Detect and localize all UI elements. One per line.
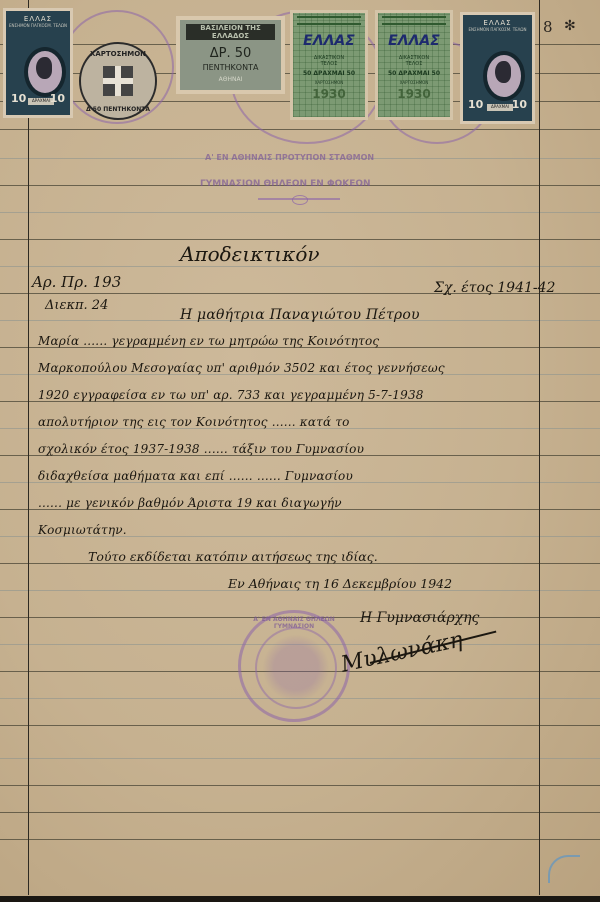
stamp-label: ΔΡΑΧΜΑΙ xyxy=(487,104,513,111)
seal-emblem-icon xyxy=(255,627,337,709)
stamp-value: 10 xyxy=(50,92,65,105)
stamp-country: ΕΛΛΑΣ xyxy=(6,15,70,23)
ruled-line xyxy=(0,758,600,759)
body-line: Μαρία ...... γεγραμμένη εν τω μητρώω της… xyxy=(38,334,379,348)
green-court-stamp-1: ΕΛΛΑΣ ΔΙΚΑΣΤΙΚΟΝ ΤΕΛΟΣ 50 ΔΡΑΧΜΑΙ 50 ΧΑΡ… xyxy=(290,10,368,120)
stamp-text: ΧΑΡΤΟΣΗΜΟΝ xyxy=(378,80,450,85)
stamp-text: ΤΕΛΟΣ xyxy=(293,61,365,67)
stamp-text: 50 ΔΡΑΧΜΑΙ 50 xyxy=(293,70,365,77)
stamp-subtitle: ΕΝΣΗΜΟΝ ΠΑΓΚΟΣΜ. ΤΕΛΩΝ xyxy=(463,27,532,32)
dossier-number: Διεκπ. 24 xyxy=(45,298,108,313)
letterhead-line-1: Α' ΕΝ ΑΘΗΝΑΙΣ ΠΡΟΤΥΠΟΝ ΣΤΑΘΜΟΝ xyxy=(205,153,374,162)
stamp-words: ΠΕΝΤΗΚΟΝΤΑ xyxy=(180,63,281,72)
body-line: σχολικόν έτος 1937-1938 ...... τάξιν του… xyxy=(38,442,364,456)
ruled-line xyxy=(0,725,600,726)
stamp-value: 10 xyxy=(11,92,26,105)
stamp-top-text: ΧΑΡΤΟΣΗΜΟΝ xyxy=(81,50,155,58)
greek-key-border xyxy=(382,16,446,25)
margin-line-left xyxy=(28,0,29,895)
ruled-line xyxy=(0,239,600,240)
ruled-line xyxy=(0,812,600,813)
grey-revenue-stamp: ΒΑΣΙΛΕΙΟΝ ΤΗΣ ΕΛΛΑΔΟΣ ΔΡ. 50 ΠΕΝΤΗΚΟΝΤΑ … xyxy=(176,16,285,94)
greek-cross-icon xyxy=(103,66,133,96)
school-seal: Α' ΕΝ ΑΘΗΝΑΙΣ ΘΗΛΕΩΝ ΓΥΜΝΑΣΙΟΝ xyxy=(238,610,350,722)
ruled-line xyxy=(0,266,600,267)
ruled-line xyxy=(0,839,600,840)
stamp-bottom-text: Δ 50 ΠΕΝΤΗΚΟΝΤΑ xyxy=(81,106,155,113)
greek-key-border xyxy=(297,16,361,25)
body-line: Μαρκοπούλου Μεσογαίας υπ' αριθμόν 3502 κ… xyxy=(38,361,445,375)
letterhead-line-2: ΓΥΜΝΑΣΙΟΝ ΘΗΛΕΩΝ ΕΝ ΦΩΚΕΩΝ xyxy=(200,179,371,189)
school-year: Σχ. έτος 1941-42 xyxy=(434,280,555,296)
stamp-country: ΕΛΛΑΣ xyxy=(293,33,365,49)
protocol-number: Αρ. Πρ. 193 xyxy=(32,273,121,291)
revenue-stamp-left: ΕΛΛΑΣ ΕΝΣΗΜΟΝ ΠΑΓΚΟΣΜ. ΤΕΛΩΝ 10 ΔΡΑΧΜΑΙ … xyxy=(3,8,73,118)
closing-sentence: Τούτο εκδίδεται κατόπιν αιτήσεως της ιδί… xyxy=(88,549,378,564)
stamp-value: 10 xyxy=(512,98,527,111)
body-line: απολυτήριον της εις τον Κοινότητος .....… xyxy=(38,415,350,429)
place-and-date: Εν Αθήναις τη 16 Δεκεμβρίου 1942 xyxy=(228,576,452,591)
ruled-line xyxy=(0,212,600,213)
stamp-text: ΤΕΛΟΣ xyxy=(378,61,450,67)
stamp-text: 50 ΔΡΑΧΜΑΙ 50 xyxy=(378,70,450,77)
stamp-country: ΕΛΛΑΣ xyxy=(463,19,532,27)
stamp-text: ΧΑΡΤΟΣΗΜΟΝ xyxy=(293,80,365,85)
portrait-medallion-icon xyxy=(24,47,66,97)
body-line: Κοσμιωτάτην. xyxy=(38,523,127,537)
portrait-medallion-icon xyxy=(483,51,525,101)
stamp-header: ΒΑΣΙΛΕΙΟΝ ΤΗΣ ΕΛΛΑΔΟΣ xyxy=(186,24,275,40)
ruled-line xyxy=(0,785,600,786)
page-number: 8 xyxy=(543,18,553,36)
ornament-divider xyxy=(258,198,340,200)
stamp-subtitle: ΕΝΣΗΜΟΝ ΠΑΓΚΟΣΜ. ΤΕΛΩΝ xyxy=(6,23,70,28)
green-court-stamp-2: ΕΛΛΑΣ ΔΙΚΑΣΤΙΚΟΝ ΤΕΛΟΣ 50 ΔΡΑΧΜΑΙ 50 ΧΑΡ… xyxy=(375,10,453,120)
document-title: Αποδεικτικόν xyxy=(180,242,320,266)
body-line: διδαχθείσα μαθήματα και επί ...... .....… xyxy=(38,469,353,483)
margin-line-right xyxy=(539,0,540,895)
body-line: Η μαθήτρια Παναγιώτου Πέτρου xyxy=(180,307,420,323)
pencil-mark xyxy=(548,855,580,883)
stamp-amount: ΔΡ. 50 xyxy=(180,46,281,61)
document-page: ΕΛΛΑΣ ΕΝΣΗΜΟΝ ΠΑΓΚΟΣΜ. ΤΕΛΩΝ 10 ΔΡΑΧΜΑΙ … xyxy=(0,0,600,896)
stamp-year: 1930 xyxy=(293,87,365,101)
page-mark-icon: ✻ xyxy=(564,18,576,34)
revenue-stamp-right: ΕΛΛΑΣ ΕΝΣΗΜΟΝ ΠΑΓΚΟΣΜ. ΤΕΛΩΝ 10 ΔΡΑΧΜΑΙ … xyxy=(460,12,535,124)
body-line: 1920 εγγραφείσα εν τω υπ' αρ. 733 και γε… xyxy=(38,388,424,402)
stamp-value: 10 xyxy=(468,98,483,111)
round-paper-stamp: ΧΑΡΤΟΣΗΜΟΝ Δ 50 ΠΕΝΤΗΚΟΝΤΑ xyxy=(79,42,157,120)
body-line: ...... με γενικόν βαθμόν Άριστα 19 και δ… xyxy=(38,496,342,510)
stamp-year: 1930 xyxy=(378,87,450,101)
stamp-country: ΕΛΛΑΣ xyxy=(378,33,450,49)
stamp-footer: ΑΘΗΝΑΙ xyxy=(180,76,281,83)
signatory-title: Η Γυμνασιάρχης xyxy=(360,610,479,626)
